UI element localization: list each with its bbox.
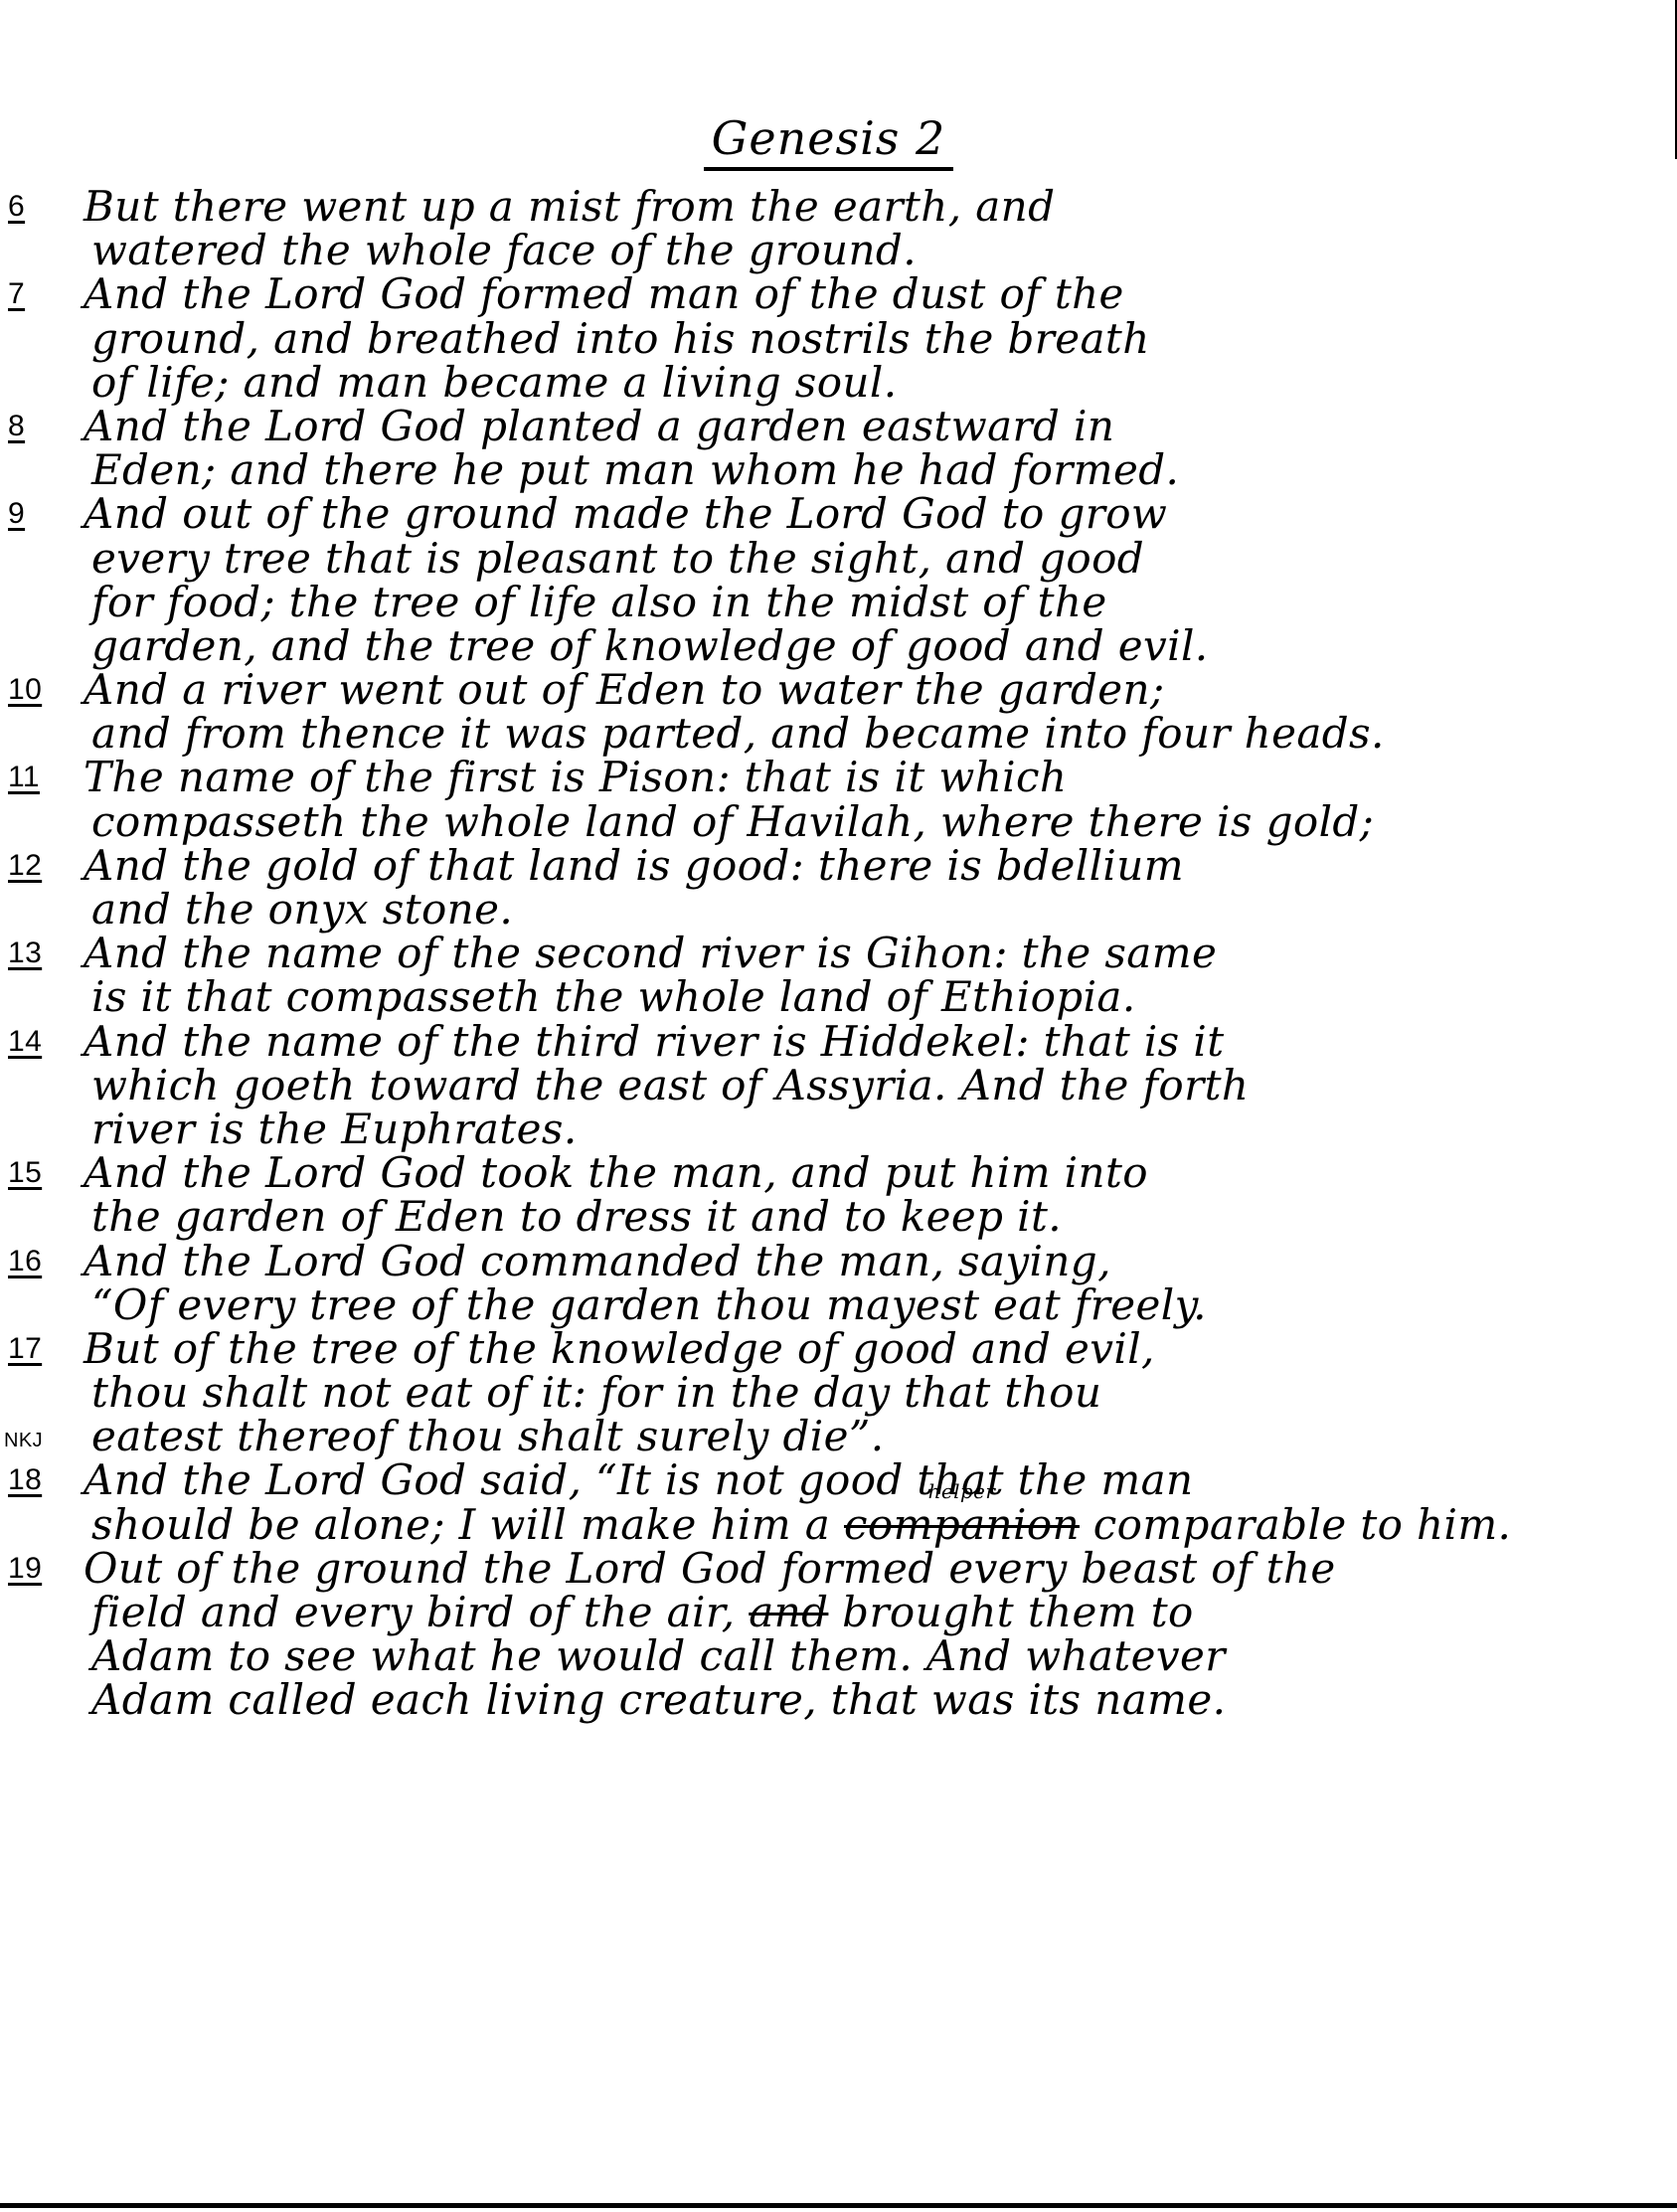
verse-17-line-3: NKJ eatest thereof thou shalt surely die…: [0, 1415, 1677, 1458]
verse-9-line-2: every tree that is pleasant to the sight…: [0, 537, 1677, 581]
verse-6-line-1: 6 But there went up a mist from the eart…: [0, 185, 1677, 229]
verse-8-line-1: 8 And the Lord God planted a garden east…: [0, 405, 1677, 448]
verse-text: And the name of the third river is Hidde…: [84, 1020, 1225, 1064]
verse-16-line-2: “Of every tree of the garden thou mayest…: [0, 1283, 1677, 1327]
verse-text: But of the tree of the knowledge of good…: [84, 1327, 1155, 1371]
verse-text: And the Lord God formed man of the dust …: [84, 272, 1124, 316]
inserted-word: helper: [928, 1481, 996, 1501]
verse-text: garden, and the tree of knowledge of goo…: [91, 624, 1209, 668]
verse-text: and the onyx stone.: [91, 888, 513, 932]
title-text: Genesis 2: [704, 111, 954, 171]
verse-number: 13: [8, 932, 80, 975]
verse-text: of life; and man became a living soul.: [91, 361, 897, 405]
verse-text: river is the Euphrates.: [91, 1107, 578, 1151]
verse-number: 14: [8, 1020, 80, 1064]
struck-word: companion: [844, 1500, 1080, 1549]
verse-text: watered the whole face of the ground.: [91, 229, 917, 272]
translation-margin-note: NKJ: [4, 1419, 43, 1462]
verse-text: And the name of the second river is Giho…: [84, 932, 1217, 975]
verse-text: is it that compasseth the whole land of …: [91, 975, 1136, 1019]
verse-11-line-1: 11 The name of the first is Pison: that …: [0, 756, 1677, 799]
handwritten-page: Genesis 2 6 But there went up a mist fro…: [0, 0, 1677, 2212]
verse-text: And the Lord God planted a garden eastwa…: [84, 405, 1114, 448]
verse-number: 15: [8, 1151, 80, 1195]
verse-9-line-4: garden, and the tree of knowledge of goo…: [0, 624, 1677, 668]
text-before-correction: field and every bird of the air,: [91, 1588, 749, 1636]
verse-text: which goeth toward the east of Assyria. …: [91, 1064, 1249, 1107]
verse-text: for food; the tree of life also in the m…: [91, 581, 1107, 624]
page-title: Genesis 2: [0, 111, 1677, 171]
scan-bottom-edge: [0, 2203, 1677, 2208]
verse-12-line-1: 12 And the gold of that land is good: th…: [0, 844, 1677, 888]
verse-text: And the Lord God said, “It is not good t…: [84, 1458, 1193, 1502]
verse-text: And a river went out of Eden to water th…: [84, 668, 1165, 712]
verse-number: 18: [8, 1458, 80, 1502]
verse-16-line-1: 16 And the Lord God commanded the man, s…: [0, 1240, 1677, 1283]
verse-17-line-2: thou shalt not eat of it: for in the day…: [0, 1371, 1677, 1415]
verse-text: And the gold of that land is good: there…: [84, 844, 1184, 888]
verse-14-line-1: 14 And the name of the third river is Hi…: [0, 1020, 1677, 1064]
verse-number: 16: [8, 1240, 80, 1283]
verse-text: But there went up a mist from the earth,…: [84, 185, 1055, 229]
verse-number: 7: [8, 272, 80, 316]
verse-17-line-1: 17 But of the tree of the knowledge of g…: [0, 1327, 1677, 1371]
verse-number: 6: [8, 185, 80, 229]
verse-14-line-2: which goeth toward the east of Assyria. …: [0, 1064, 1677, 1107]
text-before-correction: should be alone; I will make him a: [91, 1500, 844, 1549]
verse-10-line-1: 10 And a river went out of Eden to water…: [0, 668, 1677, 712]
verse-7-line-1: 7 And the Lord God formed man of the dus…: [0, 272, 1677, 316]
verse-text: And the Lord God took the man, and put h…: [84, 1151, 1148, 1195]
verse-text: And out of the ground made the Lord God …: [84, 492, 1167, 536]
verse-number: 9: [8, 492, 80, 536]
text-after-correction: comparable to him.: [1080, 1500, 1511, 1549]
verse-19-line-2: field and every bird of the air, and bro…: [0, 1591, 1677, 1634]
verse-number: 12: [8, 844, 80, 888]
verse-text: field and every bird of the air, and bro…: [91, 1591, 1194, 1634]
struck-word: and: [749, 1588, 828, 1636]
verse-7-line-3: of life; and man became a living soul.: [0, 361, 1677, 405]
verse-7-line-2: ground, and breathed into his nostrils t…: [0, 317, 1677, 361]
verse-text: The name of the first is Pison: that is …: [84, 756, 1067, 799]
verse-text: eatest thereof thou shalt surely die”.: [91, 1415, 884, 1458]
verse-9-line-1: 9 And out of the ground made the Lord Go…: [0, 492, 1677, 536]
verse-10-line-2: and from thence it was parted, and becam…: [0, 712, 1677, 756]
verse-list: 6 But there went up a mist from the eart…: [0, 185, 1677, 1723]
verse-text: compasseth the whole land of Havilah, wh…: [91, 800, 1374, 844]
verse-13-line-2: is it that compasseth the whole land of …: [0, 975, 1677, 1019]
verse-text: Adam to see what he would call them. And…: [91, 1634, 1226, 1678]
verse-number: 19: [8, 1547, 80, 1591]
verse-text: Eden; and there he put man whom he had f…: [91, 448, 1179, 492]
verse-15-line-2: the garden of Eden to dress it and to ke…: [0, 1195, 1677, 1239]
verse-18-line-2: should be alone; I will make him a helpe…: [0, 1503, 1677, 1547]
verse-8-line-2: Eden; and there he put man whom he had f…: [0, 448, 1677, 492]
verse-text: And the Lord God commanded the man, sayi…: [84, 1240, 1111, 1283]
verse-text: and from thence it was parted, and becam…: [91, 712, 1385, 756]
verse-number: 10: [8, 668, 80, 712]
verse-19-line-4: Adam called each living creature, that w…: [0, 1678, 1677, 1722]
verse-number: 11: [8, 756, 80, 799]
verse-15-line-1: 15 And the Lord God took the man, and pu…: [0, 1151, 1677, 1195]
verse-12-line-2: and the onyx stone.: [0, 888, 1677, 932]
verse-text: every tree that is pleasant to the sight…: [91, 537, 1144, 581]
verse-text: thou shalt not eat of it: for in the day…: [91, 1371, 1101, 1415]
verse-11-line-2: compasseth the whole land of Havilah, wh…: [0, 800, 1677, 844]
verse-number: 8: [8, 405, 80, 448]
text-after-correction: brought them to: [828, 1588, 1193, 1636]
verse-text: Out of the ground the Lord God formed ev…: [84, 1547, 1336, 1591]
verse-19-line-1: 19 Out of the ground the Lord God formed…: [0, 1547, 1677, 1591]
verse-13-line-1: 13 And the name of the second river is G…: [0, 932, 1677, 975]
verse-text: Adam called each living creature, that w…: [91, 1678, 1226, 1722]
verse-6-line-2: watered the whole face of the ground.: [0, 229, 1677, 272]
verse-text: the garden of Eden to dress it and to ke…: [91, 1195, 1062, 1239]
verse-18-line-1: 18 And the Lord God said, “It is not goo…: [0, 1458, 1677, 1502]
verse-number: 17: [8, 1327, 80, 1371]
verse-text: ground, and breathed into his nostrils t…: [91, 317, 1150, 361]
verse-19-line-3: Adam to see what he would call them. And…: [0, 1634, 1677, 1678]
verse-14-line-3: river is the Euphrates.: [0, 1107, 1677, 1151]
verse-text: “Of every tree of the garden thou mayest…: [91, 1283, 1207, 1327]
verse-9-line-3: for food; the tree of life also in the m…: [0, 581, 1677, 624]
verse-text: should be alone; I will make him a helpe…: [91, 1503, 1511, 1547]
correction: helpercompanion: [844, 1503, 1080, 1547]
